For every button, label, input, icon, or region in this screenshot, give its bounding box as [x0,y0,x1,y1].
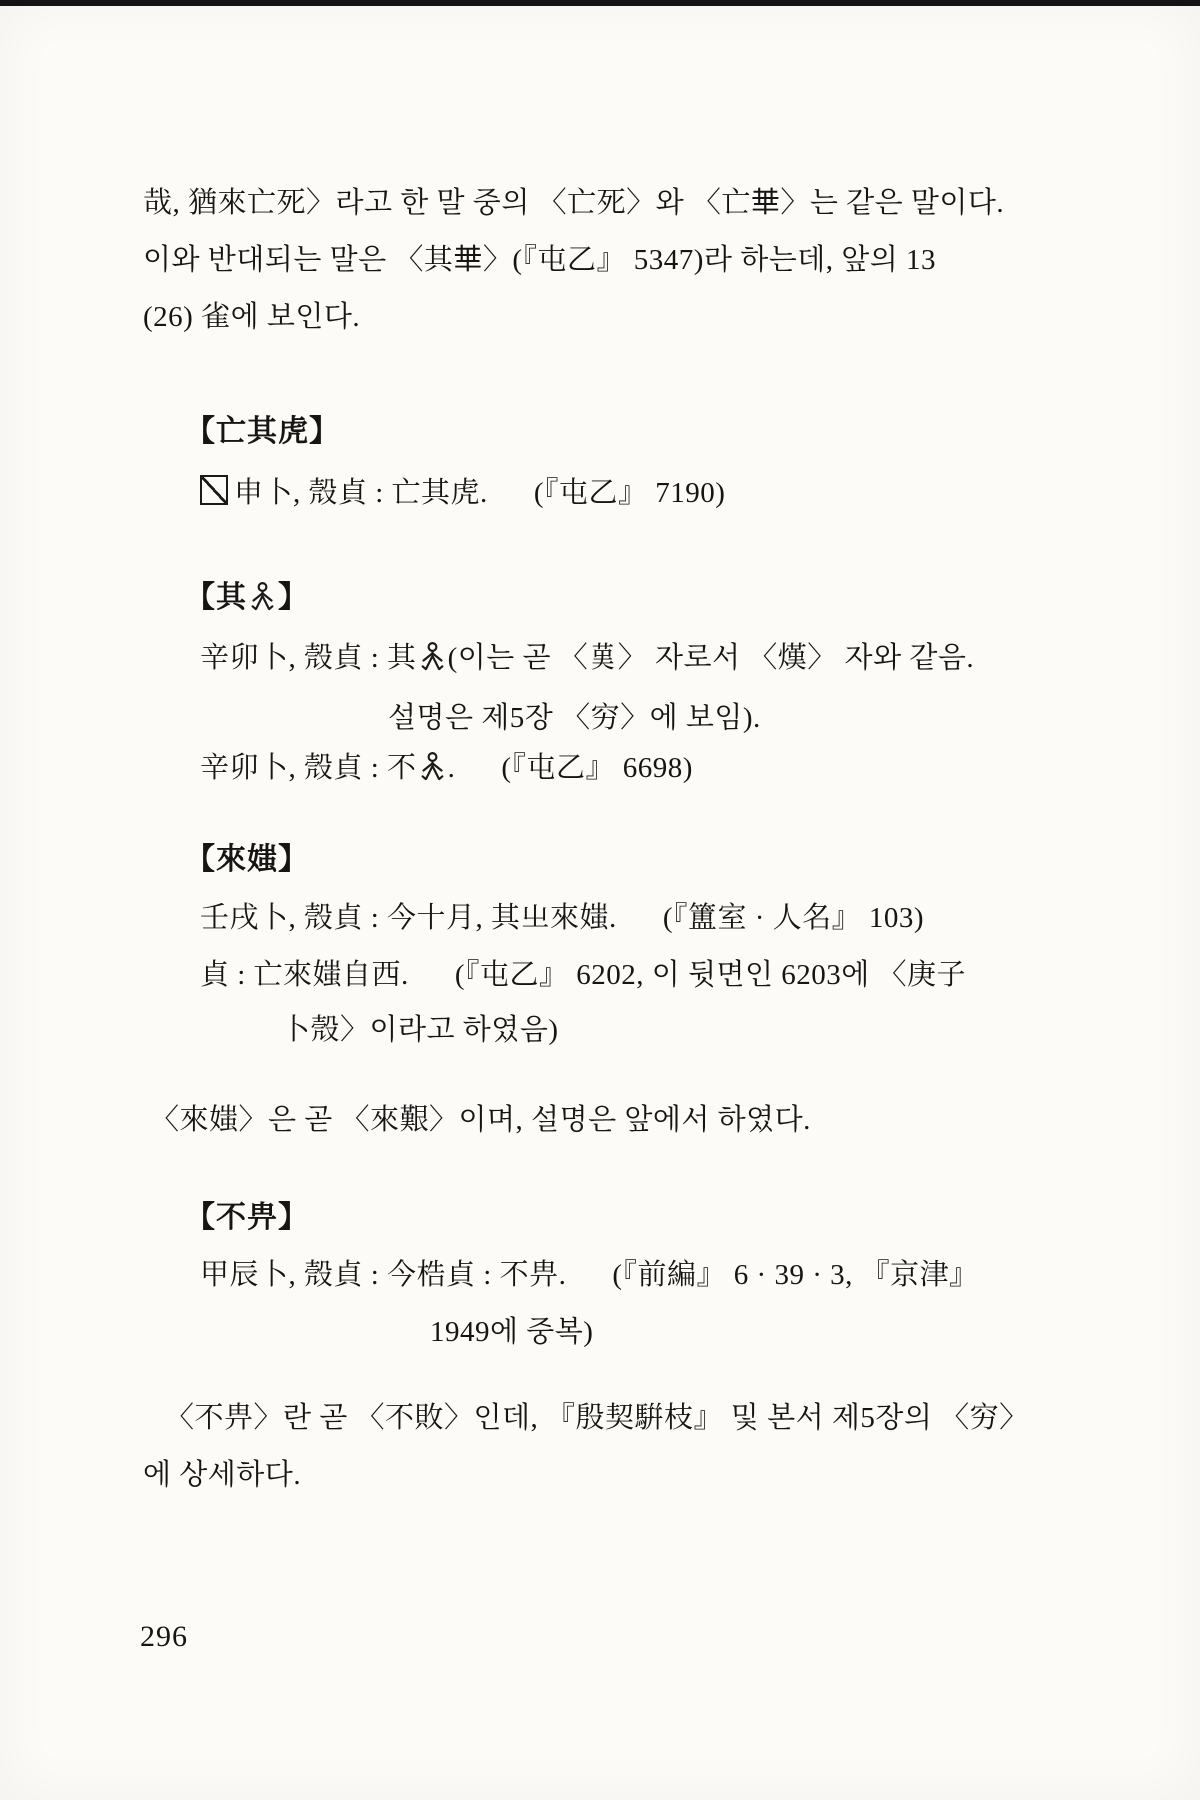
scan-edge [0,0,1200,6]
tiger-citation: (『屯乙』 7190) [534,473,726,513]
lacuna-box-icon [200,475,228,505]
bul-citation-1: (『前編』 6 · 39 · 3, 『京津』 [612,1255,978,1295]
tiger-divination-text: 申卜, 殼貞 : 亡其虎. [234,477,488,509]
page-number: 296 [140,1620,188,1654]
han-line3-pre: 辛卯卜, 殼貞 : 不 [200,752,417,784]
han-divination-line-3: 辛卯卜, 殼貞 : 不.(『屯乙』 6698) [200,748,693,788]
han-line3-post: . [448,752,456,784]
book-page: 哉, 猶來亡死〉라고 한 말 중의 〈亡死〉와 〈亡𠦒〉는 같은 말이다. 이와… [0,0,1200,1800]
han-divination-line-1: 辛卯卜, 殼貞 : 其(이는 곧 〈𦰩〉 자로서 〈熯〉 자와 같음. [200,638,974,678]
rae-divination-line-2: 貞 : 亡來媸自西.(『屯乙』 6202, 이 뒷면인 6203에 〈庚子 [200,955,966,995]
bul-line1-text: 甲辰卜, 殼貞 : 今梏貞 : 不畁. [200,1259,566,1291]
han-title-post: 】 [278,581,309,614]
bul-divination-line-2: 1949에 중복) [430,1312,593,1352]
bul-note-paragraph-2: 에 상세하다. [143,1455,301,1495]
tiger-divination-line: 申卜, 殼貞 : 亡其虎.(『屯乙』 7190) [200,473,725,513]
han-line1-pre: 辛卯卜, 殼貞 : 其 [200,642,417,674]
oracle-person-glyph-icon [249,581,276,611]
han-citation: (『屯乙』 6698) [501,748,693,788]
section-title-rae: 【來媸】 [185,840,309,880]
section-title-han: 【其】 [185,578,309,618]
section-title-bul: 【不畁】 [185,1198,309,1238]
rae-divination-line-1: 壬戌卜, 殼貞 : 今十月, 其㞢來媸.(『簠室 · 人名』 103) [200,898,924,938]
han-line1-post: (이는 곧 〈𦰩〉 자로서 〈熯〉 자와 같음. [448,642,975,674]
intro-line-2: 이와 반대되는 말은 〈其𠦒〉(『屯乙』 5347)라 하는데, 앞의 13 [143,240,936,280]
rae-citation-1: (『簠室 · 人名』 103) [663,898,924,938]
rae-line1-text: 壬戌卜, 殼貞 : 今十月, 其㞢來媸. [200,902,617,934]
intro-line-3: (26) 雀에 보인다. [143,297,360,337]
section-title-tiger: 【亡其虎】 [185,412,340,452]
rae-citation-2: (『屯乙』 6202, 이 뒷면인 6203에 〈庚子 [455,955,966,995]
han-title-pre: 【其 [185,581,247,614]
intro-line-1: 哉, 猶來亡死〉라고 한 말 중의 〈亡死〉와 〈亡𠦒〉는 같은 말이다. [143,183,1004,223]
han-divination-line-2: 설명은 제5장 〈穷〉에 보임). [388,698,761,738]
bul-note-paragraph-1: 〈不畁〉란 곧 〈不敗〉인데, 『殷契騈枝』 및 본서 제5장의 〈穷〉 [165,1398,1029,1438]
oracle-person-glyph-icon [419,751,446,781]
rae-line2-text: 貞 : 亡來媸自西. [200,959,409,991]
bul-divination-line-1: 甲辰卜, 殼貞 : 今梏貞 : 不畁.(『前編』 6 · 39 · 3, 『京津… [200,1255,979,1295]
oracle-person-glyph-icon [419,641,446,671]
rae-note-paragraph: 〈來媸〉은 곧 〈來艱〉이며, 설명은 앞에서 하였다. [150,1100,811,1140]
rae-divination-line-3: 卜殼〉이라고 하였음) [281,1010,559,1050]
